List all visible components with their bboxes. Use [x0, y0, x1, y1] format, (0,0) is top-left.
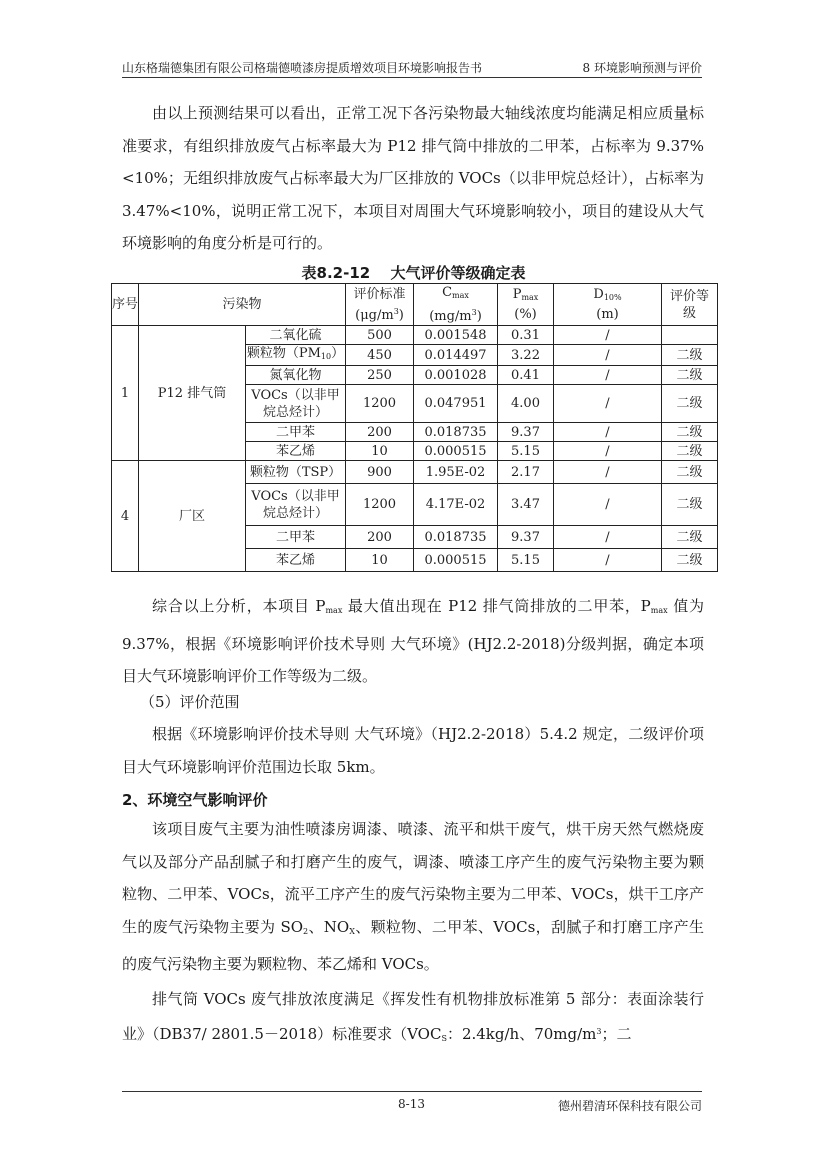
section-heading: 2、环境空气影响评价: [122, 789, 267, 810]
scope-heading: （5）评价范围: [122, 686, 704, 719]
header-d10: D10% (m): [554, 284, 662, 326]
table-header-row: 序号 污染物 评价标准 (μg/m3) Cmax (mg/m3) Pmax (%…: [112, 284, 718, 326]
row-source: P12 排气筒: [139, 326, 246, 461]
header-chapter-title: 8 环境影响预测与评价: [583, 59, 702, 76]
header-no: 序号: [112, 284, 139, 326]
row-source: 厂区: [139, 461, 246, 572]
header-report-title: 山东格瑞德集团有限公司格瑞德喷漆房提质增效项目环境影响报告书: [122, 59, 482, 76]
page-footer: 8-13 德州碧清环保科技有限公司: [122, 1091, 702, 1114]
table-row: 1 P12 排气筒 二氧化硫 500 0.001548 0.31 /: [112, 326, 718, 345]
evaluation-grade-table: 序号 污染物 评价标准 (μg/m3) Cmax (mg/m3) Pmax (%…: [111, 283, 718, 572]
intro-paragraph: 由以上预测结果可以看出，正常工况下各污染物最大轴线浓度均能满足相应质量标准要求，…: [122, 97, 704, 260]
summary-paragraph: 综合以上分析，本项目 Pmax 最大值出现在 P12 排气筒排放的二甲苯，Pma…: [122, 590, 704, 693]
header-grade: 评价等级: [662, 284, 718, 326]
row-no: 4: [112, 461, 139, 572]
scope-paragraph: 根据《环境影响评价技术导则 大气环境》（HJ2.2-2018）5.4.2 规定，…: [122, 718, 704, 783]
page-number: 8-13: [398, 1097, 425, 1111]
header-standard: 评价标准 (μg/m3): [346, 284, 414, 326]
header-pmax: Pmax (%): [498, 284, 554, 326]
section-paragraph: 该项目废气主要为油性喷漆房调漆、喷漆、流平和烘干废气，烘干房天然气燃烧废气以及部…: [122, 813, 704, 981]
row-no: 1: [112, 326, 139, 461]
table-row: 4 厂区 颗粒物（TSP） 900 1.95E-02 2.17 / 二级: [112, 461, 718, 484]
emission-paragraph: 排气筒 VOCs 废气排放浓度满足《挥发性有机物排放标准第 5 部分：表面涂装行…: [122, 983, 704, 1055]
table-caption: 表8.2-12 大气评价等级确定表: [0, 262, 827, 283]
header-cmax: Cmax (mg/m3): [414, 284, 498, 326]
footer-company: 德州碧清环保科技有限公司: [558, 1097, 702, 1114]
page-header: 山东格瑞德集团有限公司格瑞德喷漆房提质增效项目环境影响报告书 8 环境影响预测与…: [122, 57, 702, 78]
header-pollutant: 污染物: [139, 284, 346, 326]
